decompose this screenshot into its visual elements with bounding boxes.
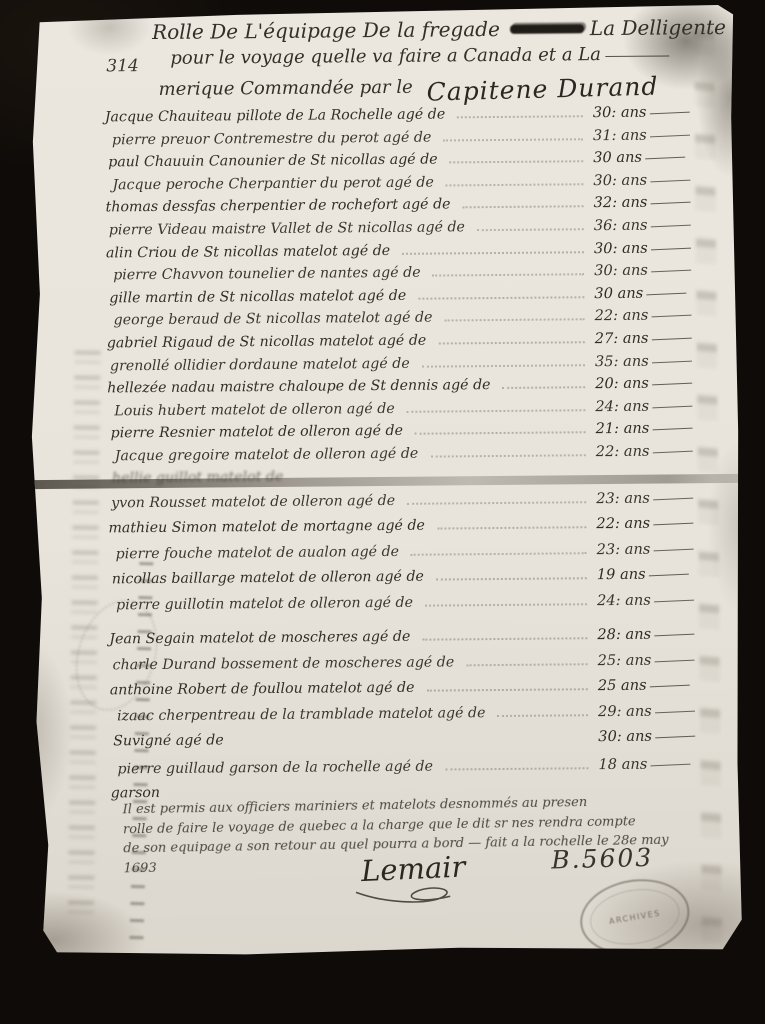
crew-member-name: gille martin de St nicollas matelot agé … <box>109 288 406 307</box>
crew-member-name: hellezée nadau maistre chaloupe de St de… <box>107 377 490 396</box>
crew-member-age: 22: ans <box>596 442 704 460</box>
dotted-leader <box>425 603 587 606</box>
title-line-3: merique Commandée par le Capitene Durand <box>158 67 712 101</box>
dotted-leader <box>436 577 587 580</box>
dotted-leader <box>466 663 587 666</box>
dotted-leader <box>497 714 588 717</box>
dotted-leader <box>437 526 586 529</box>
crew-row: pierre guillotin matelot de olleron agé … <box>109 591 705 622</box>
catalog-number: B.5603 <box>551 843 654 875</box>
dotted-leader <box>463 206 584 209</box>
crew-member-name: Jean Segain matelot de moscheres agé de <box>109 629 410 648</box>
crew-member-age: 30: ans <box>593 171 701 189</box>
crew-member-name: alin Criou de St nicollas matelot agé de <box>106 243 390 261</box>
crew-row: izaac cherpentreau de la tramblade matel… <box>110 702 706 733</box>
title-line-1: Rolle De L'équipage De la fregadeLa Dell… <box>152 15 712 44</box>
crew-member-age: 25 ans <box>598 676 706 694</box>
crew-member-age: 25: ans <box>597 651 705 669</box>
archive-stamp: ARCHIVES <box>574 871 695 962</box>
crew-member-name: pierre Chavvon tounelier de nantes agé d… <box>113 265 421 284</box>
crew-member-name: Jacque peroche Cherpantier du perot agé … <box>112 174 434 193</box>
crew-member-name: pierre Videau maistre Vallet de St nicol… <box>109 219 465 238</box>
dotted-leader <box>411 552 587 556</box>
crew-member-name: pierre guillotin matelot de olleron agé … <box>116 594 413 613</box>
crew-row: charle Durand bossement de moscheres agé… <box>110 651 706 682</box>
crew-member-age: 29: ans <box>598 702 706 720</box>
crew-member-age: 20: ans <box>595 374 703 392</box>
crew-member-name: Louis hubert matelot de olleron agé de <box>114 401 395 419</box>
dotted-leader <box>438 341 584 344</box>
crew-member-age: 30: ans <box>594 239 702 257</box>
document-header: Rolle De L'équipage De la fregadeLa Dell… <box>152 15 713 101</box>
dotted-leader <box>457 115 583 118</box>
dotted-leader <box>407 409 586 413</box>
crew-member-age: 31: ans <box>593 126 701 144</box>
manuscript-photo: 314 Rolle De L'équipage De la fregadeLa … <box>24 3 744 959</box>
crew-member-name: george beraud de St nicollas matelot agé… <box>114 310 433 329</box>
archive-stamp-inner-ring <box>586 883 684 951</box>
crew-row: yvon Rousset matelot de olleron agé de 2… <box>108 489 704 520</box>
dotted-leader <box>422 637 587 640</box>
crew-member-name: pierre fouche matelot de aualon agé de <box>116 543 400 561</box>
title-line-3-text: merique Commandée par le <box>158 77 412 100</box>
crew-member-age: 30 ans <box>593 148 701 166</box>
crew-member-age: 21: ans <box>595 420 703 438</box>
crew-member-age: 18 ans <box>598 755 706 773</box>
crew-member-name: pierre guillaud garson de la rochelle ag… <box>117 758 433 777</box>
dotted-leader <box>422 364 585 367</box>
dotted-leader <box>402 251 584 255</box>
crew-member-age: 27: ans <box>595 329 703 347</box>
crew-list: Jacque Chauiteau pillote de La Rochelle … <box>105 103 707 811</box>
crew-member-name: nicollas baillarge matelot de olleron ag… <box>112 569 424 588</box>
dotted-leader <box>415 432 586 435</box>
crew-member-name: Jacque Chauiteau pillote de La Rochelle … <box>105 106 446 125</box>
crew-member-name: pierre Resnier matelot de olleron agé de <box>111 423 404 442</box>
signature: Lemair <box>360 849 470 910</box>
dotted-leader <box>407 501 586 505</box>
crew-member-name: thomas dessfas cherpentier de rochefort … <box>106 197 451 216</box>
crew-member-age: 24: ans <box>595 397 703 415</box>
title-line-2: pour le voyage quelle va faire a Canada … <box>170 43 712 69</box>
dotted-leader <box>430 454 585 457</box>
dotted-leader <box>418 296 584 299</box>
struck-out-word <box>510 24 584 34</box>
dotted-leader <box>443 138 583 141</box>
captain-name: Capitene Durand <box>426 72 659 107</box>
crew-member-name: pierre preuor Contremestre du perot agé … <box>112 129 431 148</box>
dotted-leader <box>444 319 584 322</box>
crew-member-age: 19 ans <box>597 565 705 583</box>
crew-member-age: 36: ans <box>594 216 702 234</box>
crew-row: Suvigné agé de 30: ans <box>110 727 706 758</box>
crew-member-name: gabriel Rigaud de St nicollas matelot ag… <box>107 333 427 352</box>
crew-member-name: paul Chauuin Canounier de St nicollas ag… <box>108 152 438 171</box>
crew-member-name: yvon Rousset matelot de olleron agé de <box>111 492 395 510</box>
crew-member-name: Suvigné agé de <box>113 732 224 749</box>
crew-row: pierre guillaud garson de la rochelle ag… <box>110 755 706 786</box>
crew-member-age: 24: ans <box>597 591 705 609</box>
crew-member-age: 30 ans <box>594 284 702 302</box>
crew-member-name: Jacque gregoire matelot de olleron agé d… <box>115 446 419 465</box>
crew-member-age: 30: ans <box>594 261 702 279</box>
crew-member-age: 35: ans <box>595 352 703 370</box>
crew-member-age: 23: ans <box>597 540 705 558</box>
crew-member-name: charle Durand bossement de moscheres agé… <box>113 654 455 673</box>
dotted-leader <box>450 160 584 163</box>
crew-member-age: 30: ans <box>598 727 706 745</box>
dotted-leader <box>477 228 584 231</box>
crew-member-age: 23: ans <box>596 489 704 507</box>
crew-row: pierre fouche matelot de aualon agé de 2… <box>109 540 705 571</box>
crew-member-age: 32: ans <box>594 194 702 212</box>
dotted-leader <box>445 767 589 770</box>
crew-member-name: anthoine Robert de foullou matelot agé d… <box>110 680 415 699</box>
crew-member-name: mathieu Simon matelot de mortagne agé de <box>108 518 425 537</box>
dotted-leader <box>446 183 584 186</box>
crew-member-age: 30: ans <box>593 103 701 121</box>
crew-member-age: 22: ans <box>596 514 704 532</box>
crew-member-age: 28: ans <box>597 625 705 643</box>
margin-number: 314 <box>106 56 139 76</box>
ship-name: La Delligente <box>590 15 726 40</box>
crew-member-age: 22: ans <box>594 307 702 325</box>
dotted-leader <box>433 273 585 276</box>
crew-member-name: izaac cherpentreau de la tramblade matel… <box>117 705 486 724</box>
dotted-leader <box>503 386 586 389</box>
dotted-leader <box>426 688 587 691</box>
title-text: Rolle De L'équipage De la fregade <box>152 17 500 44</box>
signature-name: Lemair <box>360 850 466 889</box>
crew-member-name: grenollé ollidier dordaune matelot agé d… <box>110 355 410 374</box>
crew-member-name: hellie guillot matelot de <box>112 468 284 485</box>
